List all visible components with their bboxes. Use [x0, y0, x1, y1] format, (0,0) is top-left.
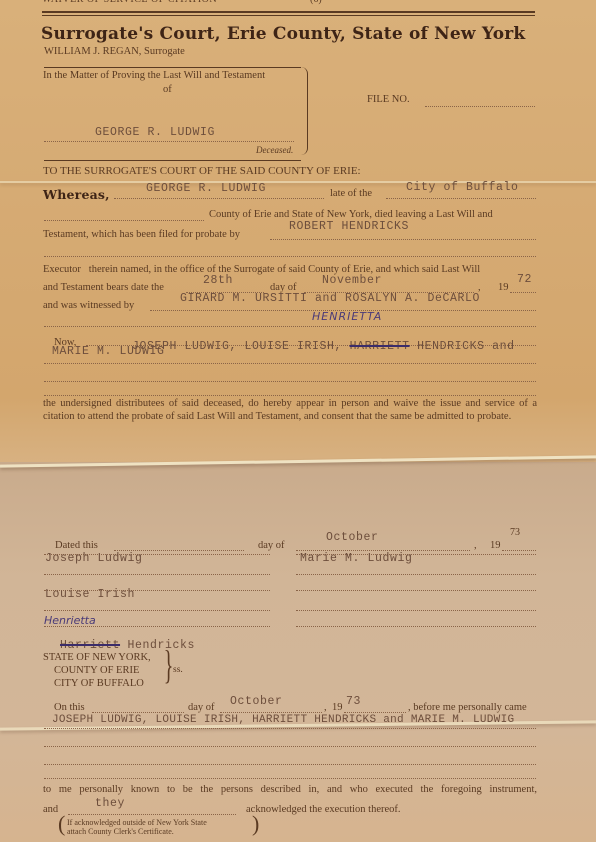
- blank-line-5: [44, 738, 536, 747]
- file-no-label: FILE NO.: [367, 94, 410, 105]
- venue-brace: }: [164, 645, 174, 685]
- decedent-name-line: [44, 133, 294, 142]
- blank-line-1: [44, 248, 536, 257]
- signature-joseph-ludwig: Joseph Ludwig: [45, 552, 143, 565]
- venue-county: COUNTY OF ERIE: [54, 665, 139, 676]
- distributees-line-1-text: JOSEPH LUDWIG, LOUISE IRISH, HARRIETT HE…: [117, 327, 515, 353]
- ack-year: 73: [346, 695, 361, 708]
- signature-line-left-2: [44, 602, 270, 611]
- venue-city: CITY OF BUFFALO: [54, 678, 144, 689]
- ack-persons-line: [44, 720, 536, 729]
- handwritten-correction-henrietta: HENRIETTA: [312, 310, 382, 323]
- bears-year: 72: [517, 273, 532, 286]
- county-text: County of Erie and State of New York, di…: [209, 209, 493, 220]
- ack-year-prefix: 19: [332, 702, 343, 713]
- struck-name-harriett-signature: Harriett: [60, 639, 120, 652]
- ack-note-line-2: attach County Clerk's Certificate.: [67, 827, 207, 836]
- ack-note: If acknowledged outside of New York Stat…: [67, 818, 207, 836]
- surrogate-name: WILLIAM J. REGAN, Surrogate: [44, 46, 185, 57]
- ack-month: October: [230, 695, 283, 708]
- executor-text: Executor therein named, in the office of…: [43, 264, 480, 275]
- to-court-heading: TO THE SURROGATE'S COURT OF THE SAID COU…: [43, 165, 361, 177]
- county-line: [44, 212, 204, 221]
- header-rule: [42, 11, 535, 13]
- blank-line-4: [44, 391, 536, 396]
- distributees-names-a: JOSEPH LUDWIG, LOUISE IRISH,: [132, 340, 350, 353]
- signature-line-left-1: [44, 566, 270, 575]
- whereas-name: GEORGE R. LUDWIG: [146, 182, 266, 195]
- and-label: and: [43, 804, 58, 815]
- form-name: WAIVER OF SERVICE OF CITATION: [42, 0, 217, 5]
- ack-text: acknowledged the execution thereof.: [246, 804, 401, 815]
- filed-by-value: ROBERT HENDRICKS: [289, 220, 409, 233]
- whereas-label: Whereas,: [43, 187, 110, 202]
- matter-bottom-rule: [44, 160, 301, 161]
- waiver-text: the undersigned distributees of said dec…: [43, 397, 537, 423]
- distributees-line-2-rule: [44, 355, 536, 364]
- form-code: (6): [310, 0, 322, 5]
- bears-date-text: and Testament bears date the: [43, 282, 164, 293]
- blank-line-2: [44, 318, 536, 327]
- they-value: they: [95, 797, 125, 810]
- blank-line-7: [44, 774, 536, 779]
- matter-brace: [301, 67, 308, 155]
- venue-ss: ss.: [173, 665, 183, 675]
- they-line: [68, 806, 236, 815]
- venue-state: STATE OF NEW YORK,: [43, 652, 151, 663]
- blank-line-3: [44, 373, 536, 382]
- matter-caption: In the Matter of Proving the Last Will a…: [43, 70, 265, 81]
- bears-year-prefix: 19: [498, 282, 509, 293]
- court-title: Surrogate's Court, Erie County, State of…: [41, 24, 525, 44]
- signature-line-right-2-top[interactable]: [296, 584, 536, 591]
- dated-year: 73: [510, 527, 520, 538]
- signature-marie-ludwig: Marie M. Ludwig: [300, 552, 413, 565]
- witnesses: GIRARD M. URSITTI and ROSALYN A. DeCARLO: [180, 292, 480, 305]
- distributees-names-b: HENDRICKS and: [410, 340, 515, 353]
- signature-hendricks-last: Hendricks: [120, 639, 195, 652]
- ack-day-field[interactable]: [92, 704, 184, 713]
- header-rule-thin: [42, 15, 535, 16]
- struck-name-harriett: HARRIETT: [350, 340, 410, 353]
- dated-month: October: [326, 531, 379, 544]
- bears-day: 28th: [203, 274, 233, 287]
- signature-louise-irish: Louise Irish: [45, 588, 135, 601]
- signature-line-right-2[interactable]: [296, 602, 536, 611]
- signature-line-right-1: [296, 566, 536, 575]
- bears-month: November: [322, 274, 382, 287]
- late-of-value: City of Buffalo: [406, 181, 519, 194]
- file-no-field[interactable]: [425, 96, 535, 107]
- matter-of: of: [163, 84, 172, 95]
- blank-line-6: [44, 756, 536, 765]
- late-of-label: late of the: [330, 188, 372, 199]
- before-me-text: , before me personally came: [408, 702, 527, 713]
- ack-day-of: day of: [188, 702, 215, 713]
- filed-by-text: Testament, which has been filed for prob…: [43, 229, 240, 240]
- signature-line-right-3[interactable]: [296, 620, 536, 627]
- known-text: to me personally known to be the persons…: [43, 784, 537, 795]
- ack-note-line-1: If acknowledged outside of New York Stat…: [67, 818, 207, 827]
- deceased-label: Deceased.: [256, 145, 293, 155]
- on-this-label: On this: [54, 702, 85, 713]
- matter-top-rule: [44, 67, 301, 68]
- witnessed-text: and was witnessed by: [43, 300, 134, 311]
